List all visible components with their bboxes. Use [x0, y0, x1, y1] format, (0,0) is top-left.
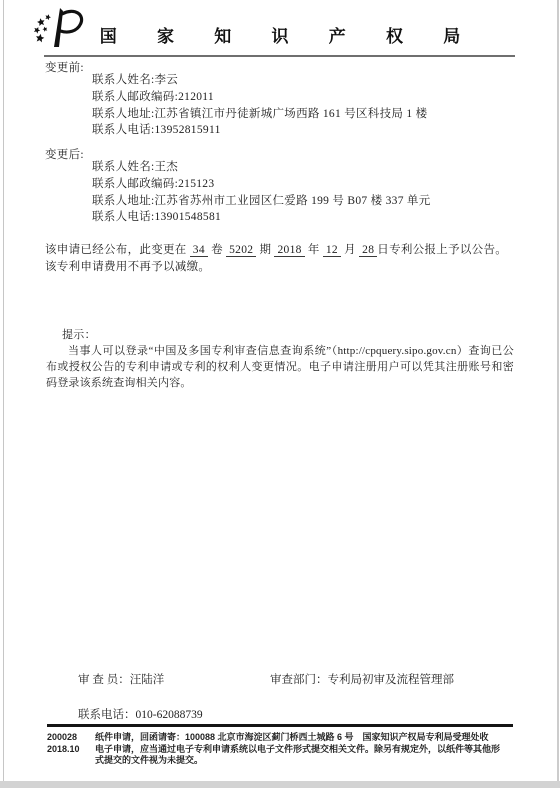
review-phone-field: 联系电话：010-62088739: [78, 706, 203, 722]
department-value: 专利局初审及流程管理部: [328, 674, 455, 686]
review-phone-label: 联系电话：: [78, 709, 136, 721]
after-contact-name: 联系人姓名:王杰: [92, 159, 431, 176]
before-contact-name: 联系人姓名:李云: [92, 72, 427, 89]
publication-announcement: 该申请已经公布，此变更在 34 卷 5202 期 2018 年 12 月 28日…: [45, 242, 515, 275]
footer-notes: 纸件申请，回函请寄：100088 北京市海淀区蓟门桥西土城路 6 号 国家知识产…: [95, 732, 507, 767]
page-title: 国 家 知 识 产 权 局: [0, 22, 560, 47]
after-section-label: 变更后:: [45, 146, 84, 162]
before-postal-code: 联系人邮政编码:212011: [92, 89, 427, 106]
review-phone-value: 010-62088739: [136, 709, 203, 721]
announcement-day: 28: [359, 244, 377, 257]
footer-form-date: 2018.10: [47, 744, 80, 756]
footer-form-codes: 200028 2018.10: [47, 732, 80, 755]
examiner-field: 审 查 员：汪陆洋: [78, 671, 164, 687]
department-field: 审查部门：专利局初审及流程管理部: [270, 671, 454, 687]
announcement-year: 2018: [274, 244, 304, 257]
announcement-prefix: 该申请已经公布，此变更在: [45, 244, 187, 256]
tip-body: 当事人可以登录“中国及多国专利审查信息查询系统”（http://cpquery.…: [46, 343, 514, 391]
after-postal-code: 联系人邮政编码:215123: [92, 176, 431, 193]
before-section-fields: 联系人姓名:李云 联系人邮政编码:212011 联系人地址:江苏省镇江市丹徒新城…: [92, 72, 427, 139]
announcement-volume: 34: [190, 244, 208, 257]
tip-label: 提示：: [62, 326, 96, 342]
scan-edge-right: [557, 0, 559, 781]
scan-edge-left: [3, 0, 4, 781]
examiner-label: 审 查 员：: [78, 674, 130, 686]
announcement-month-unit: 月: [344, 244, 356, 256]
department-label: 审查部门：: [270, 674, 328, 686]
before-section-label: 变更前:: [45, 59, 84, 75]
announcement-issue: 5202: [226, 244, 256, 257]
footer-electronic-note: 电子申请，应当通过电子专利申请系统以电子文件形式提交相关文件。除另有规定外，以纸…: [95, 744, 507, 767]
announcement-line1: 该申请已经公布，此变更在 34 卷 5202 期 2018 年 12 月 28日…: [45, 242, 515, 259]
announcement-volume-unit: 卷: [211, 244, 223, 256]
patent-notice-page: 国 家 知 识 产 权 局 变更前: 联系人姓名:李云 联系人邮政编码:2120…: [0, 0, 560, 788]
examiner-name: 汪陆洋: [130, 674, 165, 686]
after-phone: 联系人电话:13901548581: [92, 209, 431, 226]
footer-paper-note: 纸件申请，回函请寄：100088 北京市海淀区蓟门桥西土城路 6 号 国家知识产…: [95, 732, 507, 744]
before-address: 联系人地址:江苏省镇江市丹徒新城广场西路 161 号区科技局 1 楼: [92, 106, 427, 123]
announcement-line2: 该专利申请费用不再予以减缴。: [45, 259, 515, 276]
announcement-year-unit: 年: [308, 244, 320, 256]
header-divider: [44, 55, 515, 57]
announcement-suffix: 日专利公报上予以公告。: [377, 244, 507, 256]
footer-divider: [47, 724, 513, 727]
after-address: 联系人地址:江苏省苏州市工业园区仁爱路 199 号 B07 楼 337 单元: [92, 193, 431, 210]
announcement-month: 12: [323, 244, 341, 257]
footer-form-code: 200028: [47, 732, 80, 744]
announcement-issue-unit: 期: [259, 244, 271, 256]
after-section-fields: 联系人姓名:王杰 联系人邮政编码:215123 联系人地址:江苏省苏州市工业园区…: [92, 159, 431, 226]
before-phone: 联系人电话:13952815911: [92, 122, 427, 139]
scan-edge-bottom: [0, 781, 560, 788]
